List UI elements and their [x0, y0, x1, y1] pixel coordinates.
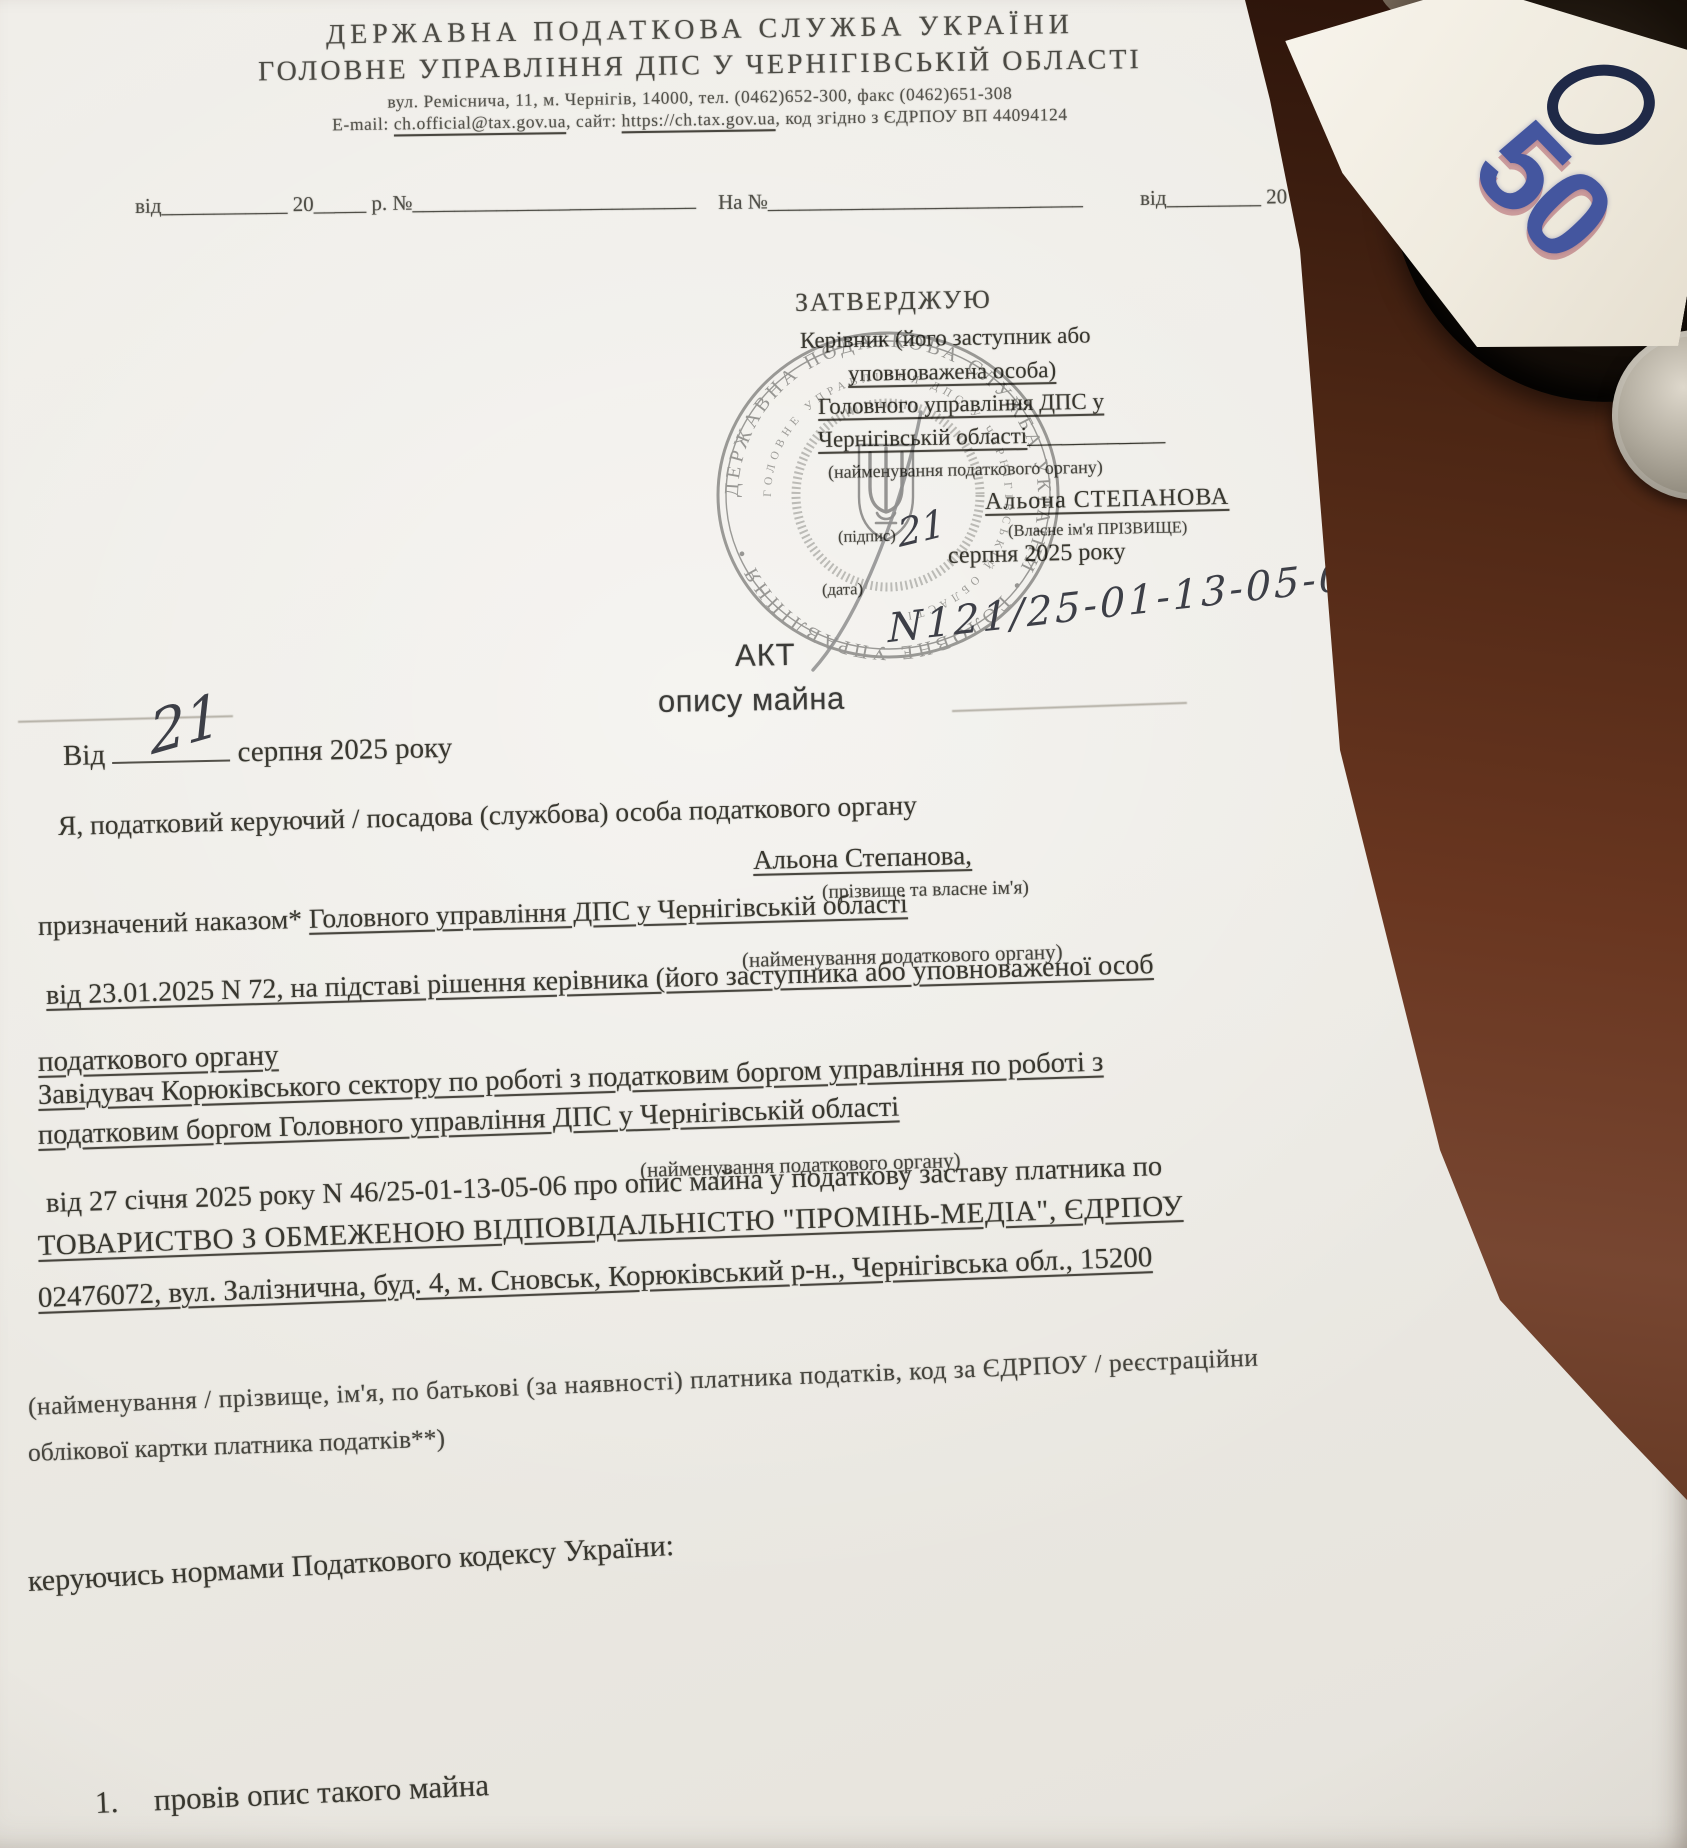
email-link: ch.official@tax.gov.ua [394, 111, 566, 133]
ref-line-right: від_________ 20 [1140, 184, 1287, 211]
edrpou-code: , код згідно з ЄДРПОУ ВП 44094124 [775, 104, 1068, 128]
appointed-prefix: призначений наказом* [38, 903, 303, 941]
ref-line-mid: На №______________________________ [718, 186, 1083, 215]
act-subtitle: опису майна [658, 681, 845, 720]
official-name: Альона Степанова, [753, 840, 973, 876]
photographed-tax-document: ДЕРЖАВНА ПОДАТКОВА СЛУЖБА УКРАЇНИ ГОЛОВН… [0, 0, 1687, 1848]
site-label: , сайт: [566, 110, 617, 131]
item1-number: 1. [94, 1784, 119, 1820]
email-label: E-mail: [332, 114, 389, 135]
doc-date-prefix: Від [63, 739, 106, 772]
site-link: https://ch.tax.gov.ua [621, 108, 775, 130]
doc-date-suffix: серпня 2025 року [237, 732, 452, 768]
